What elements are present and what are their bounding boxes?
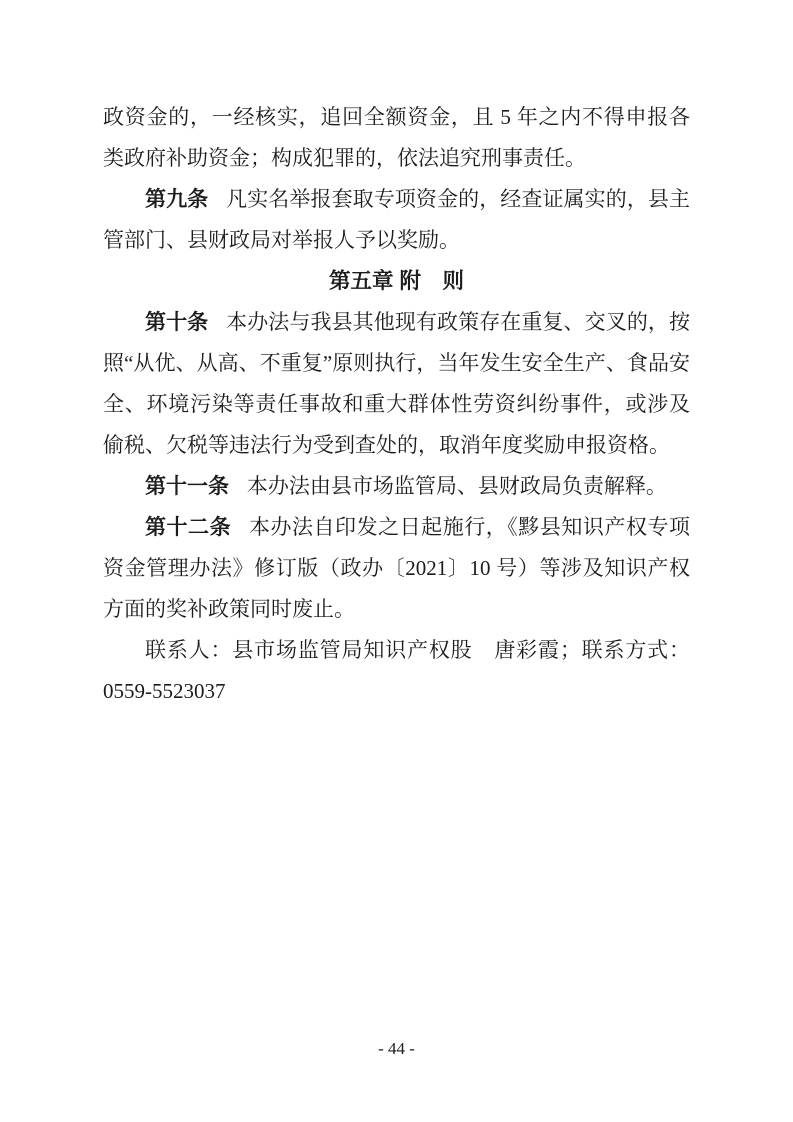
page-number: - 44 - <box>0 1038 793 1060</box>
article-12-paragraph: 第十二条本办法自印发之日起施行，《黟县知识产权专项资金管理办法》修订版（政办〔2… <box>103 507 690 630</box>
article-9-paragraph: 第九条凡实名举报套取专项资金的，经查证属实的，县主管部门、县财政局对举报人予以奖… <box>103 179 690 261</box>
article-9-term: 第九条 <box>145 188 208 211</box>
article-12-term: 第十二条 <box>145 516 231 539</box>
document-content: 政资金的，一经核实，追回全额资金，且 5 年之内不得申报各类政府补助资金；构成犯… <box>103 97 690 712</box>
article-10-paragraph: 第十条本办法与我县其他现有政策存在重复、交叉的，按照“从优、从高、不重复”原则执… <box>103 302 690 466</box>
document-page: 政资金的，一经核实，追回全额资金，且 5 年之内不得申报各类政府补助资金；构成犯… <box>0 0 793 1122</box>
article-11-paragraph: 第十一条本办法由县市场监管局、县财政局负责解释。 <box>103 466 690 507</box>
chapter-heading: 第五章 附 则 <box>103 261 690 302</box>
article-11-term: 第十一条 <box>145 475 229 498</box>
paragraph-continuation: 政资金的，一经核实，追回全额资金，且 5 年之内不得申报各类政府补助资金；构成犯… <box>103 97 690 179</box>
article-11-text: 本办法由县市场监管局、县财政局负责解释。 <box>247 474 667 498</box>
contact-paragraph: 联系人：县市场监管局知识产权股 唐彩霞；联系方式：0559-5523037 <box>103 630 690 712</box>
article-10-term: 第十条 <box>145 311 208 334</box>
